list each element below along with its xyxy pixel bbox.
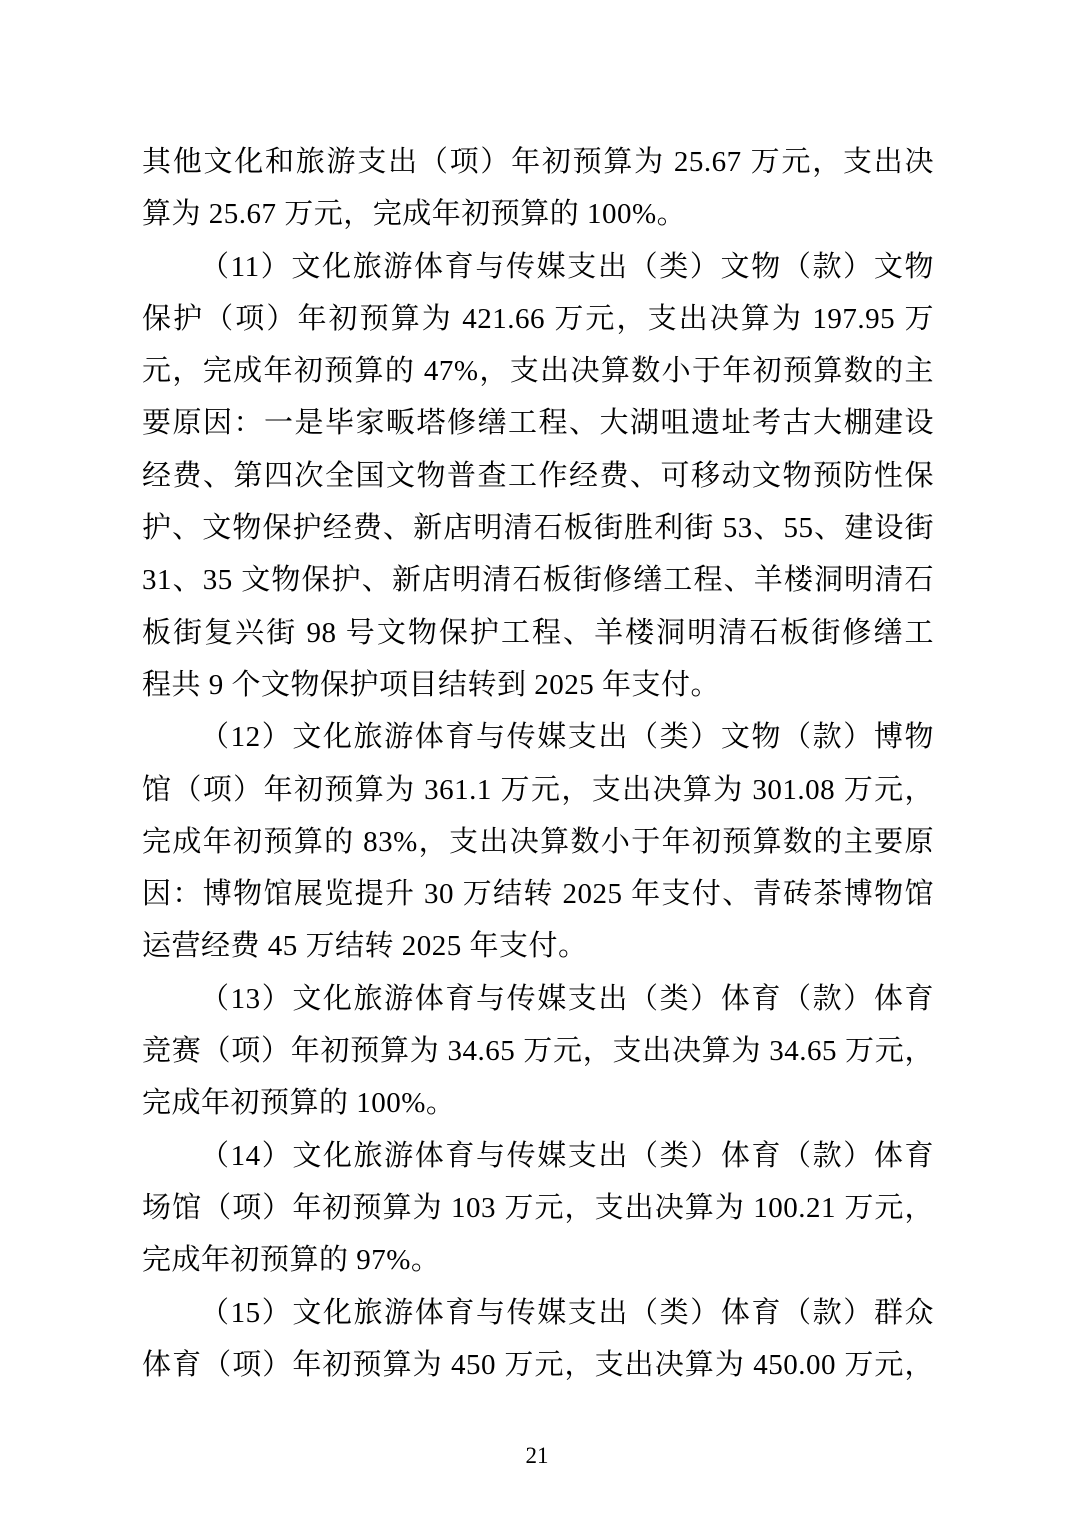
text-line: 要原因：一是毕家畈塔修缮工程、大湖咀遗址考古大棚建设: [142, 397, 934, 449]
paragraph-continuation: 其他文化和旅游支出（项）年初预算为 25.67 万元，支出决 算为 25.67 …: [142, 136, 934, 241]
text-line: 经费、第四次全国文物普查工作经费、可移动文物预防性保: [142, 450, 934, 502]
text-line: 其他文化和旅游支出（项）年初预算为 25.67 万元，支出决: [142, 136, 934, 188]
paragraph-item-13: （13）文化旅游体育与传媒支出（类）体育（款）体育 竞赛（项）年初预算为 34.…: [142, 973, 934, 1130]
text-line: 竞赛（项）年初预算为 34.65 万元，支出决算为 34.65 万元，: [142, 1025, 934, 1077]
text-line: （14）文化旅游体育与传媒支出（类）体育（款）体育: [142, 1130, 934, 1182]
text-line: （15）文化旅游体育与传媒支出（类）体育（款）群众: [142, 1287, 934, 1339]
paragraph-item-15: （15）文化旅游体育与传媒支出（类）体育（款）群众 体育（项）年初预算为 450…: [142, 1287, 934, 1392]
text-line: 护、文物保护经费、新店明清石板街胜利街 53、55、建设街: [142, 502, 934, 554]
text-line: （13）文化旅游体育与传媒支出（类）体育（款）体育: [142, 973, 934, 1025]
text-line: 保护（项）年初预算为 421.66 万元，支出决算为 197.95 万: [142, 293, 934, 345]
text-line: （11）文化旅游体育与传媒支出（类）文物（款）文物: [142, 241, 934, 293]
text-line: （12）文化旅游体育与传媒支出（类）文物（款）博物: [142, 711, 934, 763]
text-line: 程共 9 个文物保护项目结转到 2025 年支付。: [142, 659, 934, 711]
text-line: 馆（项）年初预算为 361.1 万元，支出决算为 301.08 万元，: [142, 764, 934, 816]
text-line: 场馆（项）年初预算为 103 万元，支出决算为 100.21 万元，: [142, 1182, 934, 1234]
text-line: 算为 25.67 万元，完成年初预算的 100%。: [142, 188, 934, 240]
text-line: 元，完成年初预算的 47%，支出决算数小于年初预算数的主: [142, 345, 934, 397]
text-line: 运营经费 45 万结转 2025 年支付。: [142, 920, 934, 972]
paragraph-item-11: （11）文化旅游体育与传媒支出（类）文物（款）文物 保护（项）年初预算为 421…: [142, 241, 934, 712]
document-page: 其他文化和旅游支出（项）年初预算为 25.67 万元，支出决 算为 25.67 …: [0, 0, 1074, 1520]
text-line: 体育（项）年初预算为 450 万元，支出决算为 450.00 万元，: [142, 1339, 934, 1391]
text-line: 因：博物馆展览提升 30 万结转 2025 年支付、青砖茶博物馆: [142, 868, 934, 920]
text-line: 完成年初预算的 100%。: [142, 1077, 934, 1129]
document-body: 其他文化和旅游支出（项）年初预算为 25.67 万元，支出决 算为 25.67 …: [142, 136, 934, 1391]
text-line: 完成年初预算的 97%。: [142, 1234, 934, 1286]
text-line: 31、35 文物保护、新店明清石板街修缮工程、羊楼洞明清石: [142, 554, 934, 606]
text-line: 完成年初预算的 83%，支出决算数小于年初预算数的主要原: [142, 816, 934, 868]
paragraph-item-12: （12）文化旅游体育与传媒支出（类）文物（款）博物 馆（项）年初预算为 361.…: [142, 711, 934, 972]
page-number: 21: [0, 1442, 1074, 1470]
paragraph-item-14: （14）文化旅游体育与传媒支出（类）体育（款）体育 场馆（项）年初预算为 103…: [142, 1130, 934, 1287]
text-line: 板街复兴街 98 号文物保护工程、羊楼洞明清石板街修缮工: [142, 607, 934, 659]
